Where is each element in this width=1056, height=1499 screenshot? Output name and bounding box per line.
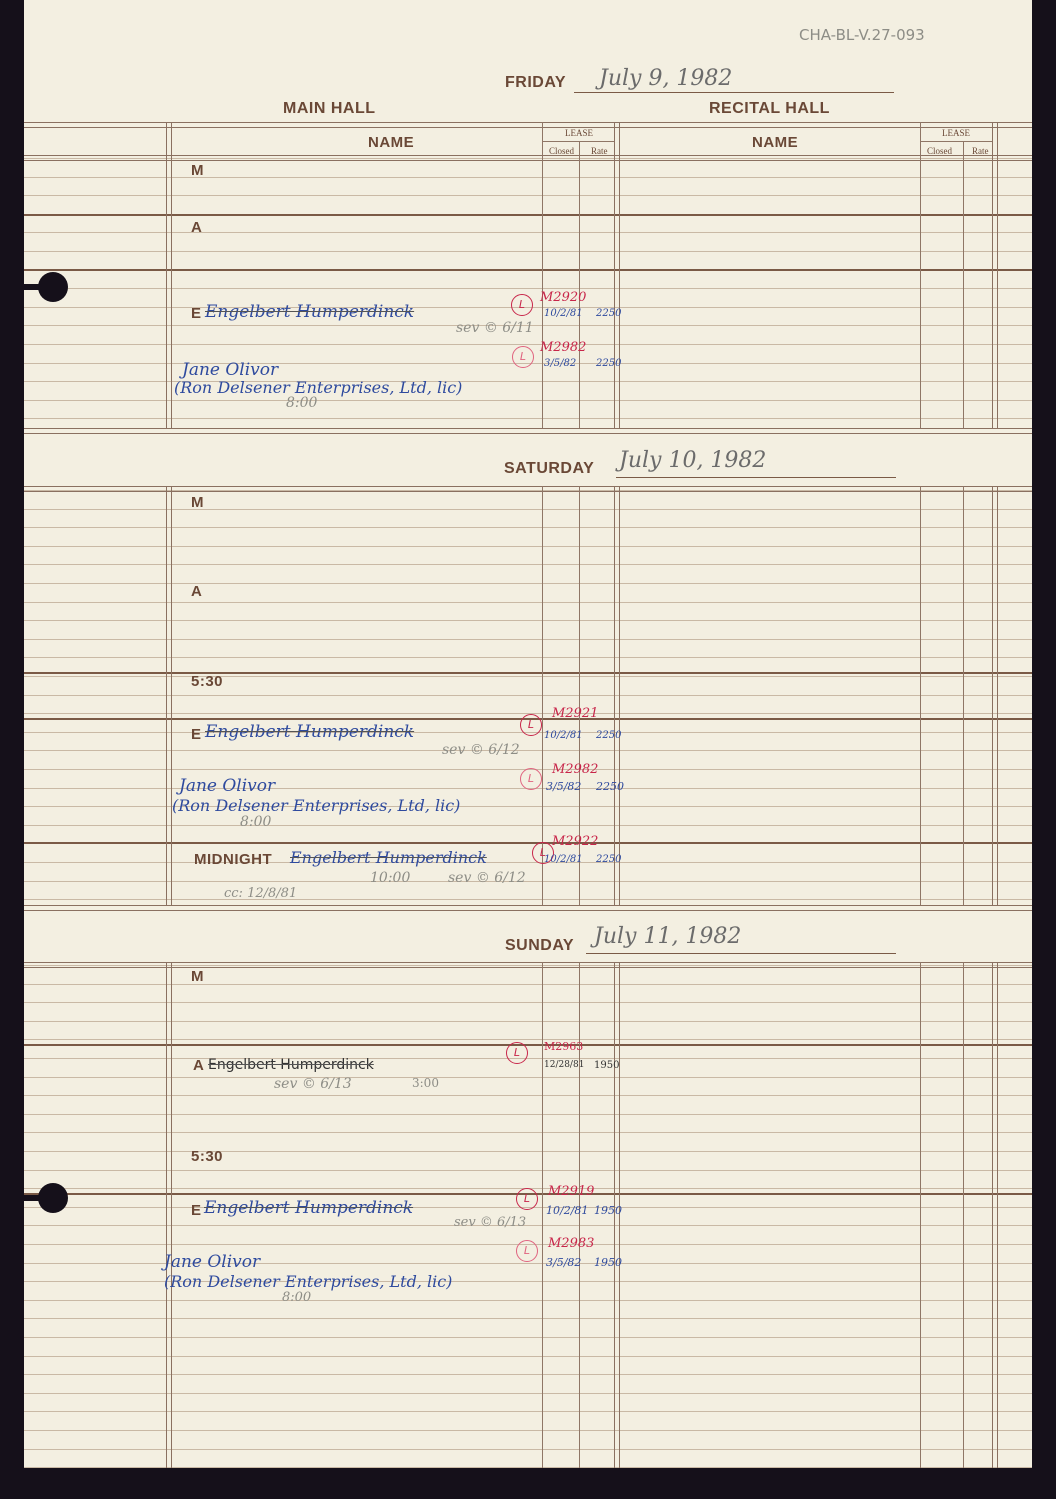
recital-rate-header: Rate (972, 146, 989, 156)
slot-divider (24, 842, 1032, 844)
lease-circle-icon: L (511, 294, 533, 316)
lease-rate: 2250 (596, 854, 621, 865)
entry-name: Jane Olivor (179, 776, 275, 796)
column-divider (992, 122, 998, 428)
entry-note: sev © 6/13 (454, 1215, 526, 1230)
ledger-rule (24, 750, 1032, 751)
slot-divider (24, 214, 1032, 216)
ledger-rule (24, 509, 1032, 510)
ledger-rule (24, 564, 1032, 565)
ledger-rule (24, 195, 1032, 196)
ledger-rule (24, 1132, 1032, 1133)
ledger-rule (24, 251, 1032, 252)
date-line (586, 953, 896, 954)
date-line (574, 92, 894, 93)
day-label-saturday: SATURDAY (504, 460, 594, 478)
contract-number: M2982 (552, 762, 598, 777)
slot-label-afternoon: A (193, 1057, 204, 1074)
date-handwritten-sunday: July 11, 1982 (594, 924, 741, 949)
section-divider (24, 428, 1032, 434)
contract-number: M2922 (552, 834, 598, 849)
ledger-rule (24, 676, 1032, 677)
lease-closed: 10/2/81 (546, 1204, 588, 1217)
ledger-rule (24, 1374, 1032, 1375)
slot-label-afternoon: A (191, 583, 202, 600)
entry-time: 8:00 (282, 1290, 311, 1305)
column-divider (963, 486, 964, 905)
ledger-rule (24, 620, 1032, 621)
column-divider (920, 122, 921, 428)
lease-rate: 2250 (596, 308, 621, 319)
recital-lease-header: LEASE (942, 128, 970, 138)
entry-name: Engelbert Humperdinck (290, 848, 487, 867)
contract-number: M2921 (552, 706, 598, 721)
date-line (616, 477, 896, 478)
date-handwritten-friday: July 9, 1982 (599, 66, 732, 91)
ledger-rule (24, 657, 1032, 658)
ledger-rule (24, 602, 1032, 603)
recital-closed-header: Closed (927, 146, 952, 156)
column-divider (963, 962, 964, 1468)
ledger-rule (24, 1058, 1032, 1059)
slot-label-evening: E (191, 1202, 202, 1219)
ledger-page: CHA-BL-V.27-093 FRIDAY July 9, 1982 MAIN… (24, 0, 1032, 1468)
ledger-rule (24, 344, 1032, 345)
slot-label-530: 5:30 (191, 1148, 223, 1165)
slot-label-evening: E (191, 726, 202, 743)
column-divider (614, 486, 620, 905)
ledger-rule (24, 1467, 1032, 1468)
ledger-rule (24, 1300, 1032, 1301)
ledger-rule (24, 639, 1032, 640)
ledger-rule (24, 1039, 1032, 1040)
binder-hole-icon (38, 272, 68, 302)
contract-number: M2963 (544, 1040, 583, 1053)
ledger-rule (24, 695, 1032, 696)
ledger-rule (24, 1002, 1032, 1003)
column-divider (920, 962, 921, 1468)
column-divider (166, 962, 172, 1468)
binder-hole-icon (38, 1183, 68, 1213)
ledger-rule (24, 1225, 1032, 1226)
archive-id: CHA-BL-V.27-093 (799, 26, 925, 44)
section-divider (24, 155, 1032, 161)
lease-rate: 1950 (594, 1204, 622, 1217)
ledger-rule (24, 984, 1032, 985)
ledger-rule (24, 825, 1032, 826)
ledger-rule (24, 1170, 1032, 1171)
main-closed-header: Closed (549, 146, 574, 156)
lease-closed: 10/2/81 (544, 308, 583, 319)
lease-rate: 2250 (596, 358, 621, 369)
lease-circle-icon: L (516, 1188, 538, 1210)
lease-closed: 3/5/82 (546, 1256, 581, 1269)
day-label-sunday: SUNDAY (505, 937, 574, 955)
lease-rate: 1950 (594, 1060, 619, 1071)
entry-sub: (Ron Delsener Enterprises, Ltd, lic) (164, 1272, 452, 1291)
ledger-rule (24, 881, 1032, 882)
ledger-rule (24, 1337, 1032, 1338)
main-rate-header: Rate (591, 146, 608, 156)
lease-circle-icon: L (512, 346, 534, 368)
lease-circle-icon: L (520, 768, 542, 790)
recital-name-header: NAME (752, 134, 798, 151)
slot-divider (24, 1044, 1032, 1046)
column-divider (166, 486, 172, 905)
ledger-rule (24, 1151, 1032, 1152)
slot-label-morning: M (191, 494, 204, 511)
slot-divider (24, 672, 1032, 674)
ledger-rule (24, 400, 1032, 401)
slot-divider (24, 269, 1032, 271)
recital-hall-title: RECITAL HALL (709, 100, 830, 118)
slot-label-midnight: MIDNIGHT (194, 851, 272, 868)
ledger-rule (24, 546, 1032, 547)
entry-note: sev © 6/12 (442, 742, 520, 758)
ledger-rule (24, 177, 1032, 178)
entry-sub: (Ron Delsener Enterprises, Ltd, lic) (174, 378, 462, 397)
section-divider (24, 905, 1032, 911)
contract-number: M2983 (548, 1236, 594, 1251)
ledger-rule (24, 1411, 1032, 1412)
entry-time: 10:00 (370, 870, 410, 886)
slot-label-morning: M (191, 968, 204, 985)
entry-time: 3:00 (412, 1076, 439, 1090)
ledger-rule (24, 862, 1032, 863)
lease-closed: 10/2/81 (544, 730, 583, 741)
ledger-rule (24, 527, 1032, 528)
lease-closed: 3/5/82 (544, 358, 576, 369)
main-hall-title: MAIN HALL (283, 100, 375, 118)
column-divider (920, 486, 921, 905)
contract-number: M2919 (548, 1184, 594, 1199)
entry-name: Engelbert Humperdinck (204, 1198, 413, 1218)
date-handwritten-saturday: July 10, 1982 (619, 448, 766, 473)
ledger-rule (24, 418, 1032, 419)
slot-label-evening: E (191, 305, 202, 322)
section-divider (24, 486, 1032, 492)
lease-circle-icon: L (506, 1042, 528, 1064)
column-divider (542, 122, 543, 428)
lease-rate: 1950 (594, 1256, 622, 1269)
lease-header-divider (542, 141, 614, 142)
lease-rate: 2250 (596, 780, 624, 793)
entry-name: Jane Olivor (182, 360, 278, 380)
main-lease-header: LEASE (565, 128, 593, 138)
lease-rate: 2250 (596, 730, 621, 741)
entry-name: Engelbert Humperdinck (205, 302, 414, 322)
entry-name: Engelbert Humperdinck (205, 722, 414, 742)
ledger-rule (24, 1449, 1032, 1450)
ledger-rule (24, 1430, 1032, 1431)
slot-label-afternoon: A (191, 219, 202, 236)
ledger-rule (24, 1393, 1032, 1394)
ledger-rule (24, 1356, 1032, 1357)
ledger-rule (24, 288, 1032, 289)
column-divider (992, 486, 998, 905)
column-divider (992, 962, 998, 1468)
contract-number: M2920 (540, 290, 586, 305)
day-label-friday: FRIDAY (505, 74, 566, 92)
column-divider (614, 122, 620, 428)
ledger-rule (24, 1095, 1032, 1096)
ledger-rule (24, 583, 1032, 584)
ledger-rule (24, 1318, 1032, 1319)
entry-sub: (Ron Delsener Enterprises, Ltd, lic) (172, 796, 460, 815)
main-name-header: NAME (368, 134, 414, 151)
entry-name: Engelbert Humperdinck (208, 1057, 374, 1073)
entry-time: 8:00 (240, 814, 271, 830)
column-divider (166, 122, 172, 428)
ledger-rule (24, 1114, 1032, 1115)
contract-number: M2982 (540, 340, 586, 355)
section-divider (24, 962, 1032, 968)
lease-header-divider (920, 141, 992, 142)
column-divider (579, 141, 580, 428)
lease-closed: 12/28/81 (544, 1060, 584, 1070)
ledger-rule (24, 1021, 1032, 1022)
lease-circle-icon: L (516, 1240, 538, 1262)
column-divider (963, 141, 964, 428)
section-divider (24, 122, 1032, 128)
entry-note: sev © 6/12 (448, 870, 526, 886)
lease-closed: 10/2/81 (544, 854, 583, 865)
entry-time: 8:00 (286, 395, 317, 411)
slot-label-530: 5:30 (191, 673, 223, 690)
ledger-rule (24, 899, 1032, 900)
slot-label-morning: M (191, 162, 204, 179)
entry-note: sev © 6/11 (456, 320, 534, 336)
entry-cc: cc: 12/8/81 (224, 886, 297, 901)
ledger-rule (24, 1077, 1032, 1078)
lease-closed: 3/5/82 (546, 780, 581, 793)
entry-note: sev © 6/13 (274, 1076, 352, 1092)
column-divider (542, 962, 543, 1468)
ledger-rule (24, 232, 1032, 233)
lease-circle-icon: L (520, 714, 542, 736)
entry-name: Jane Olivor (164, 1252, 260, 1272)
